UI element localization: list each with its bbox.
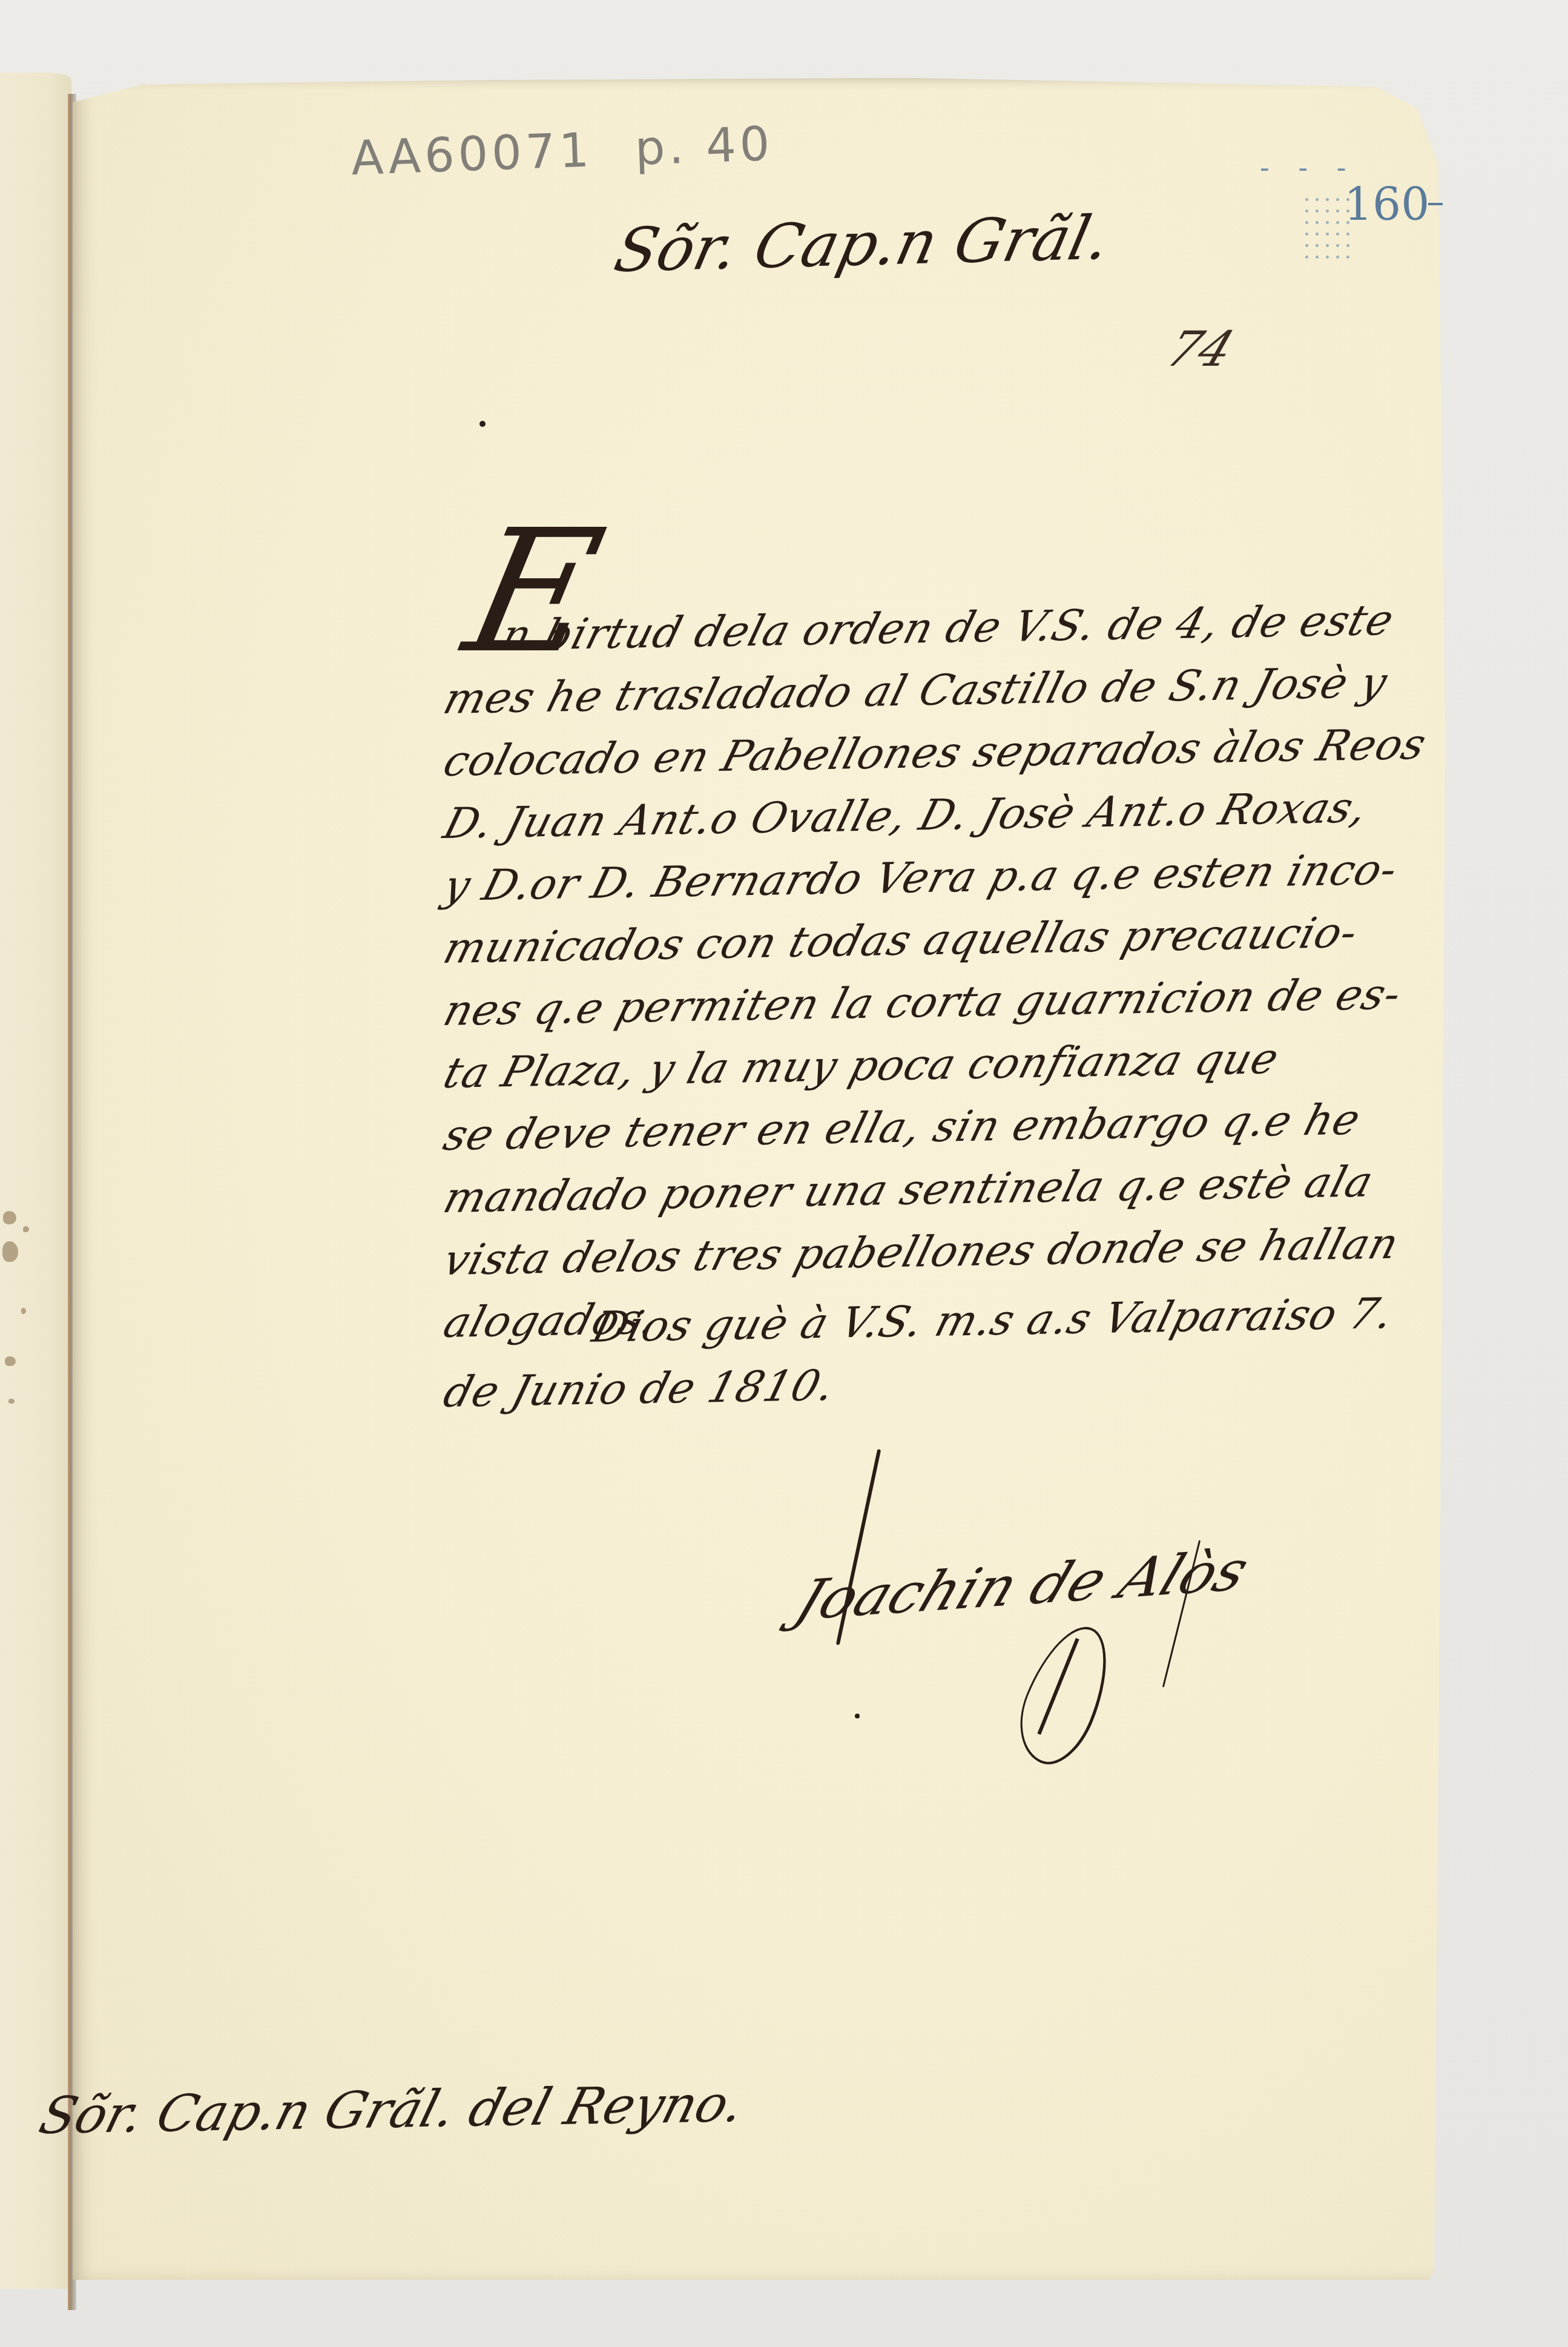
archive-reference-code: AA60071 xyxy=(351,123,594,186)
foxing-stain xyxy=(21,1308,26,1314)
ink-dot xyxy=(855,1714,860,1718)
archive-page-number: p. 40 xyxy=(634,117,774,176)
foxing-stain xyxy=(3,1211,16,1224)
valediction-and-date: Dios guè à V.S. m.s a.s Valparaiso 7. de… xyxy=(445,1299,1474,1424)
letter-heading: Sõr. Cap.n Grãl. xyxy=(608,202,1116,286)
foxing-stain xyxy=(2,1241,18,1262)
folio-number-stamp: 160 xyxy=(1344,179,1429,231)
foxing-stain xyxy=(5,1356,16,1366)
stamp-dash-marks: - - - xyxy=(1256,151,1352,184)
stamp-ink-specks xyxy=(1302,194,1350,260)
left-facing-page xyxy=(0,73,71,2289)
foxing-stain xyxy=(8,1399,15,1404)
ink-dot xyxy=(479,421,486,427)
letter-body: n birtud dela orden de V.S. de 4, de est… xyxy=(445,606,1474,1354)
addressee-line: Sõr. Cap.n Grãl. del Reyno. xyxy=(33,2074,751,2145)
foxing-stain xyxy=(23,1226,29,1232)
